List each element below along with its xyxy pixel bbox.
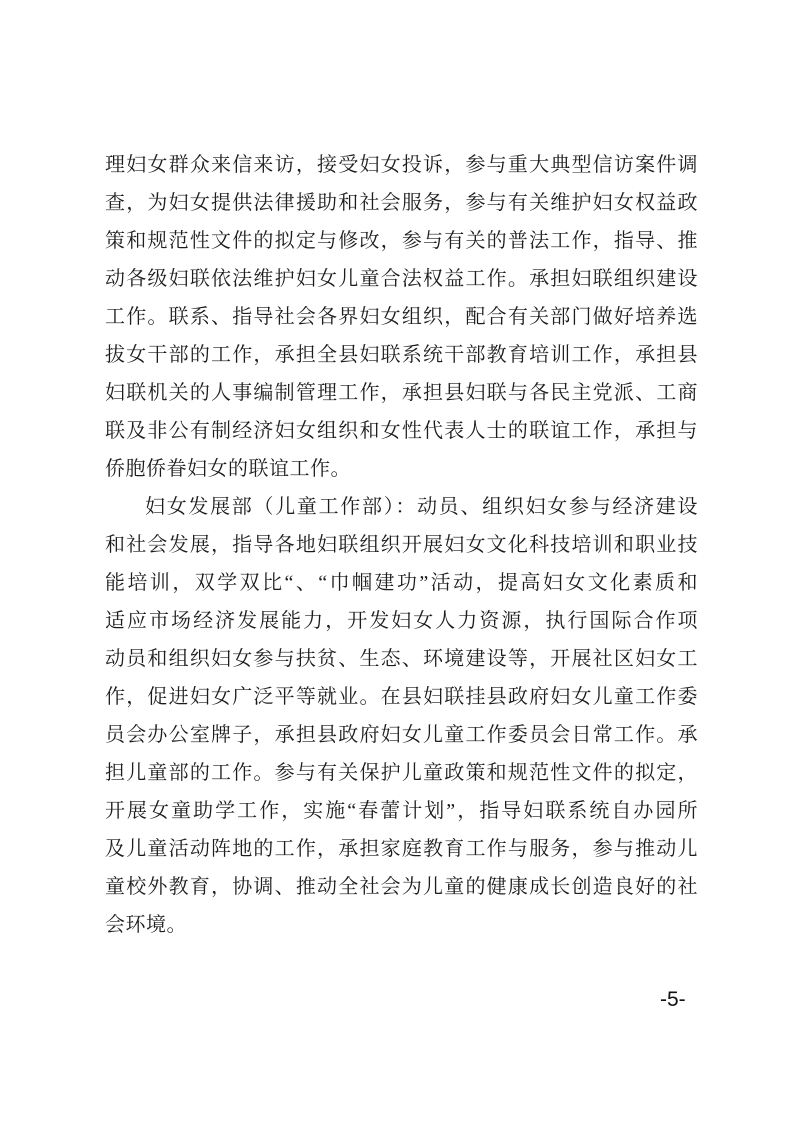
- text-line: 侨胞侨眷妇女的联谊工作。: [105, 450, 698, 488]
- text-line: 和社会发展，指导各地妇联组织开展妇女文化科技培训和职业技: [105, 526, 698, 564]
- text-line: 员会办公室牌子，承担县政府妇女儿童工作委员会日常工作。承: [105, 716, 698, 754]
- text-line: 会环境。: [105, 906, 698, 944]
- text-line: 童校外教育，协调、推动全社会为儿童的健康成长创造良好的社: [105, 868, 698, 906]
- document-page: 理妇女群众来信来访，接受妇女投诉，参与重大典型信访案件调查，为妇女提供法律援助和…: [0, 0, 793, 1122]
- text-line: 理妇女群众来信来访，接受妇女投诉，参与重大典型信访案件调: [105, 146, 698, 184]
- text-line: 动各级妇联依法维护妇女儿童合法权益工作。承担妇联组织建设: [105, 260, 698, 298]
- text-line: 作，促进妇女广泛平等就业。在县妇联挂县政府妇女儿童工作委: [105, 678, 698, 716]
- text-line: 能培训，双学双比“、“巾帼建功”活动，提高妇女文化素质和: [105, 564, 698, 602]
- text-line: 拔女干部的工作，承担全县妇联系统干部教育培训工作，承担县: [105, 336, 698, 374]
- text-line: 妇联机关的人事编制管理工作，承担县妇联与各民主党派、工商: [105, 374, 698, 412]
- text-line: 联及非公有制经济妇女组织和女性代表人士的联谊工作，承担与: [105, 412, 698, 450]
- text-line: 适应市场经济发展能力，开发妇女人力资源，执行国际合作项目，: [105, 602, 698, 640]
- text-line: 策和规范性文件的拟定与修改，参与有关的普法工作，指导、推: [105, 222, 698, 260]
- text-line: 查，为妇女提供法律援助和社会服务，参与有关维护妇女权益政: [105, 184, 698, 222]
- text-line: 工作。联系、指导社会各界妇女组织，配合有关部门做好培养选: [105, 298, 698, 336]
- text-line: 及儿童活动阵地的工作，承担家庭教育工作与服务，参与推动儿: [105, 830, 698, 868]
- document-text-block: 理妇女群众来信来访，接受妇女投诉，参与重大典型信访案件调查，为妇女提供法律援助和…: [105, 146, 698, 944]
- text-line: 担儿童部的工作。参与有关保护儿童政策和规范性文件的拟定，: [105, 754, 698, 792]
- text-line: 开展女童助学工作，实施“春蕾计划”，指导妇联系统自办园所: [105, 792, 698, 830]
- text-line: 动员和组织妇女参与扶贫、生态、环境建设等，开展社区妇女工: [105, 640, 698, 678]
- text-line: 妇女发展部（儿童工作部）：动员、组织妇女参与经济建设: [105, 488, 698, 526]
- page-number: -5-: [660, 988, 700, 1012]
